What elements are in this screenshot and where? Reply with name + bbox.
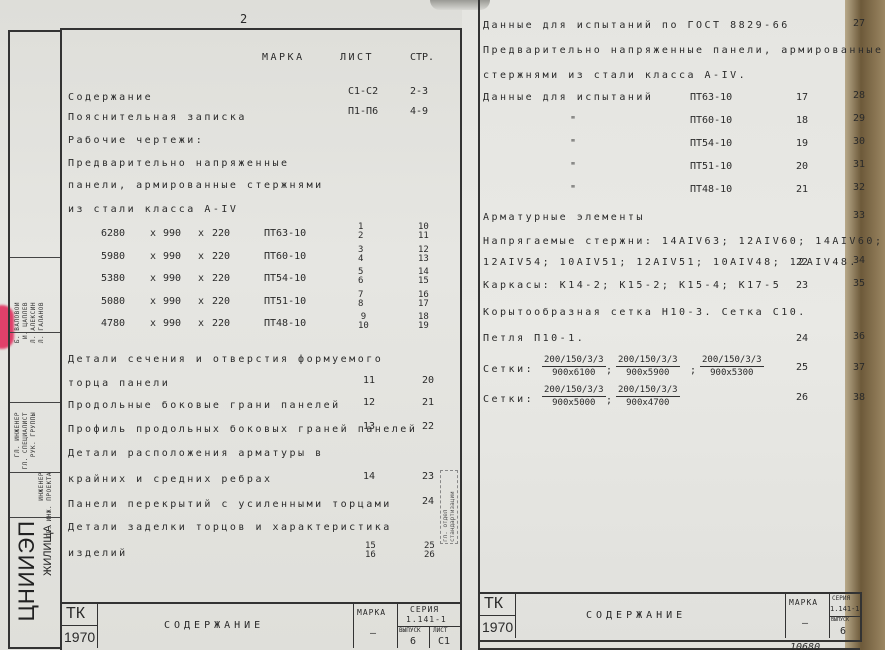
panel-length: 5080 — [101, 296, 125, 307]
mesh-label: Сетки: — [483, 364, 534, 375]
fraction-numerator: 200/150/3/3 — [542, 354, 606, 367]
dim-separator: x — [198, 296, 204, 307]
archive-number: 10680 — [790, 642, 820, 650]
toc-row-sheet: 21 — [796, 184, 808, 195]
toc-row-page: 35 — [853, 278, 865, 289]
fraction-denominator: 900x4700 — [616, 397, 680, 409]
toc-row-page: 33 — [853, 210, 865, 221]
fraction-separator: ; — [690, 365, 696, 376]
panel-height: 220 — [212, 296, 230, 307]
toc-row-title: Каркасы: К14-2; К15-2; К15-4; К17-5 — [483, 280, 781, 291]
title-block-series-label: СЕРИЯ — [410, 605, 439, 614]
side-stamp-1: ГЛ. ИНЖЕНЕР — [14, 412, 21, 457]
side-stamp-2: ГЛ. СПЕЦИАЛИСТ — [22, 412, 29, 470]
title-block-issue-label: ВЫПУСК — [399, 627, 421, 634]
ditto-mark: " — [570, 161, 579, 172]
title-block-sheet-label: ЛИСТ — [433, 627, 447, 634]
panel-length: 4780 — [101, 318, 125, 329]
toc-row-title: Рабочие чертежи: — [68, 135, 204, 146]
page-b: 11 — [418, 232, 429, 241]
panel-sheets: 12 — [358, 223, 363, 241]
title-block-year: 1970 — [64, 629, 95, 645]
toc-row-title: Напрягаемые стержни: 14АIV63; 12АIV60; 1… — [483, 236, 883, 247]
organization-sub-text: ЖИЛИЩА — [42, 525, 54, 576]
panel-length: 5980 — [101, 251, 125, 262]
title-block-code: ТК — [484, 595, 503, 613]
title-block-mark-value: — — [370, 628, 376, 639]
panel-width: 990 — [163, 273, 181, 284]
ditto-mark: " — [570, 115, 579, 126]
mesh-fraction: 200/150/3/3900x5300 — [700, 354, 764, 379]
page-number: 2 — [240, 12, 247, 26]
detail-pages: 2526 — [424, 542, 435, 560]
ditto-mark: " — [570, 184, 579, 195]
panel-mark: ПТ63-10 — [264, 228, 306, 239]
dim-separator: x — [198, 318, 204, 329]
detail-title: Детали сечения и отверстия формуемого — [68, 354, 383, 365]
dim-separator: x — [150, 251, 156, 262]
side-name-3: Л. АЛЕКСИН — [30, 302, 37, 343]
toc-row-title: Пояснительная записка — [68, 112, 247, 123]
toc-row-title: Арматурные элементы — [483, 212, 645, 223]
fraction-denominator: 900x6100 — [542, 367, 606, 379]
panel-mark: ПТ54-10 — [264, 273, 306, 284]
panel-sheets: 910 — [358, 313, 369, 331]
toc-row-sheet: 19 — [796, 138, 808, 149]
detail-title: Детали расположения арматуры в — [68, 448, 324, 459]
ditto-mark: " — [570, 138, 579, 149]
fraction-numerator: 200/150/3/3 — [616, 384, 680, 397]
title-block-mark-label: МАРКА — [357, 608, 386, 617]
title-block-mark-label: МАРКА — [789, 598, 818, 607]
detail-title: Панели перекрытий с усиленными торцами — [68, 499, 392, 510]
fraction-numerator: 200/150/3/3 — [542, 384, 606, 397]
side-stamp-3: РУК. ГРУППЫ — [30, 412, 37, 457]
detail-page: 24 — [422, 496, 434, 507]
mesh-fraction: 200/150/3/3900x5900 — [616, 354, 680, 379]
row-mark: ПТ54-10 — [690, 138, 732, 149]
dim-separator: x — [150, 228, 156, 239]
toc-row-sheet: С1-С2 — [348, 86, 378, 97]
left-title-block: ТК 1970 СОДЕРЖАНИЕ МАРКА — СЕРИЯ 1.141-1… — [60, 602, 462, 650]
toc-row-sheet: 23 — [796, 280, 808, 291]
panel-sheets: 56 — [358, 268, 363, 286]
panel-height: 220 — [212, 228, 230, 239]
detail-sheet: 12 — [363, 397, 375, 408]
side-name-1: Б. ВАЛОВОЙ — [14, 302, 21, 343]
sheet-b: 6 — [358, 277, 363, 286]
row-mark: ПТ60-10 — [690, 115, 732, 126]
panel-mark: ПТ60-10 — [264, 251, 306, 262]
row-mark: ПТ51-10 — [690, 161, 732, 172]
panel-height: 220 — [212, 273, 230, 284]
page-b: 19 — [418, 322, 429, 331]
fraction-numerator: 200/150/3/3 — [616, 354, 680, 367]
title-block-issue-label: ВЫПУСК — [831, 617, 849, 623]
panel-sheets: 78 — [358, 291, 363, 309]
toc-row-title: Предварительно напряженные панели, армир… — [483, 45, 883, 56]
mesh-fraction: 200/150/3/3900x6100 — [542, 354, 606, 379]
side-name-2: И. ЦАПЛЕВ — [22, 302, 29, 339]
sheet-b: 4 — [358, 255, 363, 264]
mesh-sheet: 25 — [796, 362, 808, 373]
header-sheet: ЛИСТ — [340, 52, 374, 63]
toc-row-page: 31 — [853, 159, 865, 170]
toc-row-sheet: 18 — [796, 115, 808, 126]
panel-pages: 1415 — [418, 268, 429, 286]
sheet-b: 2 — [358, 232, 363, 241]
detail-sheet: 13 — [363, 421, 375, 432]
title-block-code: ТК — [66, 605, 85, 623]
page-b: 15 — [418, 277, 429, 286]
panel-height: 220 — [212, 318, 230, 329]
mesh-sheet: 26 — [796, 392, 808, 403]
toc-row-title: Данные для испытаний по ГОСТ 8829-66 — [483, 20, 790, 31]
detail-title: торца панели — [68, 378, 170, 389]
fraction-separator: ; — [606, 365, 612, 376]
panel-length: 5380 — [101, 273, 125, 284]
sheet-b: 10 — [358, 322, 369, 331]
panel-mark: ПТ48-10 — [264, 318, 306, 329]
toc-row-title: Корытообразная сетка Н10-3. Сетка С10. — [483, 307, 807, 318]
toc-row-page: 30 — [853, 136, 865, 147]
detail-page: 22 — [422, 421, 434, 432]
toc-row-title: из стали класса А-IV — [68, 204, 238, 215]
panel-pages: 1011 — [418, 223, 429, 241]
dim-separator: x — [198, 251, 204, 262]
toc-row-title: стержнями из стали класса А-IV. — [483, 70, 747, 81]
fraction-separator: ; — [606, 395, 612, 406]
sheet-b: 8 — [358, 300, 363, 309]
title-block-title: СОДЕРЖАНИЕ — [586, 610, 686, 621]
panel-pages: 1617 — [418, 291, 429, 309]
detail-sheet: 14 — [363, 471, 375, 482]
detail-page: 21 — [422, 397, 434, 408]
mesh-fraction: 200/150/3/3900x5000 — [542, 384, 606, 409]
mesh-page: 37 — [853, 362, 865, 373]
mesh-page: 38 — [853, 392, 865, 403]
title-block-mark-value: — — [802, 618, 808, 629]
toc-row-page: 27 — [853, 18, 865, 29]
panel-sheets: 34 — [358, 246, 363, 264]
side-name-4: Л. ГАЛАНОВ — [38, 302, 45, 343]
toc-row-title: Петля П10-1. — [483, 333, 585, 344]
dim-separator: x — [198, 228, 204, 239]
dim-separator: x — [198, 273, 204, 284]
margin-stamp: гл. отдел стандартизации — [440, 470, 458, 544]
toc-row-page: 28 — [853, 90, 865, 101]
organization-logo-text: ЦНИИЭП — [14, 520, 40, 621]
toc-row-title: Содержание — [68, 92, 153, 103]
dim-separator: x — [150, 273, 156, 284]
panel-width: 990 — [163, 296, 181, 307]
toc-row-title: Предварительно напряженные — [68, 158, 290, 169]
toc-row-title: панели, армированные стержнями — [68, 180, 324, 191]
fraction-numerator: 200/150/3/3 — [700, 354, 764, 367]
title-block-series-value: 1.141-1 — [830, 605, 860, 613]
row-mark: ПТ48-10 — [690, 184, 732, 195]
panel-height: 220 — [212, 251, 230, 262]
title-block-series-value: 1.141-1 — [406, 615, 447, 624]
detail-page: 23 — [422, 471, 434, 482]
detail-title: крайних и средних ребрах — [68, 474, 273, 485]
panel-pages: 1819 — [418, 313, 429, 331]
toc-row-page: 36 — [853, 331, 865, 342]
title-block-title: СОДЕРЖАНИЕ — [164, 620, 264, 631]
page-b: 17 — [418, 300, 429, 309]
panel-pages: 1213 — [418, 246, 429, 264]
detail-sheet: 11 — [363, 375, 375, 386]
title-block-issue-value: 6 — [410, 636, 416, 647]
title-block-sheet-value: С1 — [438, 636, 450, 647]
toc-row-sheet: 20 — [796, 161, 808, 172]
toc-row-title: Данные для испытаний — [483, 92, 653, 103]
fraction-denominator: 900x5300 — [700, 367, 764, 379]
mesh-fraction: 200/150/3/3900x4700 — [616, 384, 680, 409]
toc-row-sheet: 24 — [796, 333, 808, 344]
title-block-series-label: СЕРИЯ — [832, 595, 850, 602]
title-block-year: 1970 — [482, 619, 513, 635]
panel-width: 990 — [163, 228, 181, 239]
toc-row-sheet: П1-П6 — [348, 106, 378, 117]
toc-row-sheet: 22 — [796, 257, 808, 268]
toc-row-page: 29 — [853, 113, 865, 124]
mesh-label: Сетки: — [483, 394, 534, 405]
header-mark: МАРКА — [262, 52, 305, 63]
dim-separator: x — [150, 296, 156, 307]
dim-separator: x — [150, 318, 156, 329]
detail-title: Продольные боковые грани панелей — [68, 400, 341, 411]
fraction-denominator: 900x5000 — [542, 397, 606, 409]
panel-width: 990 — [163, 251, 181, 262]
panel-mark: ПТ51-10 — [264, 296, 306, 307]
right-title-block: ТК 1970 СОДЕРЖАНИЕ МАРКА — СЕРИЯ 1.141-1… — [478, 592, 862, 642]
fraction-denominator: 900x5900 — [616, 367, 680, 379]
detail-title: Детали заделки торцов и характеристика — [68, 522, 392, 533]
panel-length: 6280 — [101, 228, 125, 239]
toc-row-sheet: 17 — [796, 92, 808, 103]
detail-sheets: 1516 — [365, 542, 376, 560]
toc-row-page: 34 — [853, 255, 865, 266]
toc-row-page: 4-9 — [410, 106, 428, 117]
toc-row-page: 32 — [853, 182, 865, 193]
row-mark: ПТ63-10 — [690, 92, 732, 103]
detail-page: 20 — [422, 375, 434, 386]
panel-width: 990 — [163, 318, 181, 329]
title-block-issue-value: 6 — [840, 626, 846, 637]
toc-row-page: 2-3 — [410, 86, 428, 97]
page-b: 13 — [418, 255, 429, 264]
header-page: СТР. — [410, 52, 434, 63]
side-stamp-4: ИНЖЕНЕР — [38, 472, 45, 501]
detail-title: изделий — [68, 548, 128, 559]
